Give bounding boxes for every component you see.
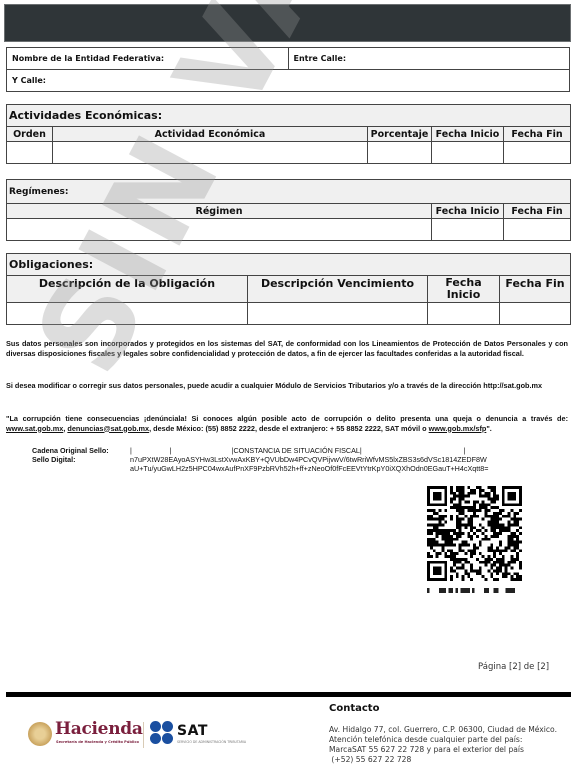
regimenes-table: Regímenes: Régimen Fecha Inicio Fecha Fi… (6, 179, 571, 241)
corruption-notice-text: "La corrupción tiene consecuencias ¡denú… (6, 414, 568, 423)
mexico-coat-of-arms-icon (28, 722, 52, 746)
footer-divider (6, 692, 571, 697)
y-calle-label: Y Calle: (7, 70, 570, 92)
table-row (7, 303, 571, 325)
col-orden: Orden (7, 127, 53, 142)
col-porcentaje: Porcentaje (368, 127, 432, 142)
document-header-bar (4, 4, 571, 42)
address-table: Nombre de la Entidad Federativa: Entre C… (6, 47, 570, 92)
corruption-notice: "La corrupción tiene consecuencias ¡denú… (6, 414, 568, 433)
cell-fecha-inicio (432, 219, 504, 241)
col-fecha-inicio: Fecha Inicio (428, 276, 500, 303)
sat-logo-icon (150, 721, 174, 745)
sello-digital-line-2: aU+Tu/yuGwLH2z5HPC04wxAufPnXF9PzbRVh52h+… (130, 464, 575, 473)
sello-digital-label: Sello Digital: (32, 455, 122, 464)
table-row (7, 142, 571, 164)
col-fecha-inicio: Fecha Inicio (432, 204, 504, 219)
cell-obligacion (7, 303, 248, 325)
contact-address: Av. Hidalgo 77, col. Guerrero, C.P. 0630… (329, 725, 575, 735)
data-correction-notice: Si desea modificar o corregir sus datos … (6, 381, 568, 391)
closing-quote: ". (486, 424, 492, 433)
privacy-notice: Sus datos personales son incorporados y … (6, 339, 568, 358)
contact-phone-intro: Atención telefónica desde cualquier part… (329, 735, 575, 745)
denuncias-email-link[interactable]: denuncias@sat.gob.mx (67, 424, 149, 433)
cell-orden (7, 142, 53, 164)
corruption-notice-phones: , desde México: (55) 8852 2222, desde el… (149, 424, 429, 433)
cell-fecha-fin (504, 142, 571, 164)
contact-phone-international: (+52) 55 627 22 728 (329, 755, 575, 765)
sat-website-link[interactable]: www.sat.gob.mx (6, 424, 63, 433)
actividades-title: Actividades Económicas: (7, 105, 571, 127)
obligaciones-table: Obligaciones: Descripción de la Obligaci… (6, 253, 571, 325)
col-actividad-economica: Actividad Económica (53, 127, 368, 142)
entre-calle-label: Entre Calle: (288, 48, 570, 70)
sat-subtitle: SERVICIO DE ADMINISTRACIÓN TRIBUTARIA (177, 740, 246, 744)
col-fecha-fin: Fecha Fin (500, 276, 571, 303)
contact-title: Contacto (329, 703, 379, 714)
col-fecha-inicio: Fecha Inicio (432, 127, 504, 142)
col-regimen: Régimen (7, 204, 432, 219)
sat-logo-text: SAT (177, 723, 208, 739)
cell-fecha-inicio (428, 303, 500, 325)
col-fecha-fin: Fecha Fin (504, 204, 571, 219)
col-fecha-fin: Fecha Fin (504, 127, 571, 142)
table-row (7, 219, 571, 241)
qr-caption-barcode-icon (427, 588, 522, 593)
col-descripcion-obligacion: Descripción de la Obligación (7, 276, 248, 303)
cadena-original-value: | | |CONSTANCIA DE SITUACIÓN FISCAL| | (130, 446, 575, 455)
hacienda-subtitle: Secretaría de Hacienda y Crédito Público (56, 740, 139, 744)
actividades-economicas-table: Actividades Económicas: Orden Actividad … (6, 104, 571, 164)
entidad-federativa-label: Nombre de la Entidad Federativa: (7, 48, 289, 70)
cell-fecha-fin (500, 303, 571, 325)
obligaciones-title: Obligaciones: (7, 254, 571, 276)
cell-fecha-fin (504, 219, 571, 241)
cell-regimen (7, 219, 432, 241)
cell-fecha-inicio (432, 142, 504, 164)
sello-digital-line-1: n7uPXtW28EAyoASYHw3LstXvwAxKBY+QVUbDw4PC… (130, 455, 575, 464)
hacienda-logo-text: Hacienda (55, 719, 143, 739)
sfp-website-link[interactable]: www.gob.mx/sfp (429, 424, 487, 433)
col-descripcion-vencimiento: Descripción Vencimiento (248, 276, 428, 303)
cell-actividad (53, 142, 368, 164)
logo-divider (143, 722, 144, 748)
cell-vencimiento (248, 303, 428, 325)
cadena-original-label: Cadena Original Sello: (32, 446, 122, 455)
qr-code-icon (427, 486, 522, 581)
cell-porcentaje (368, 142, 432, 164)
contact-info: Av. Hidalgo 77, col. Guerrero, C.P. 0630… (329, 725, 575, 765)
contact-phone-national: MarcaSAT 55 627 22 728 y para el exterio… (329, 745, 575, 755)
page-indicator: Página [2] de [2] (478, 662, 549, 672)
regimenes-title: Regímenes: (7, 180, 571, 204)
